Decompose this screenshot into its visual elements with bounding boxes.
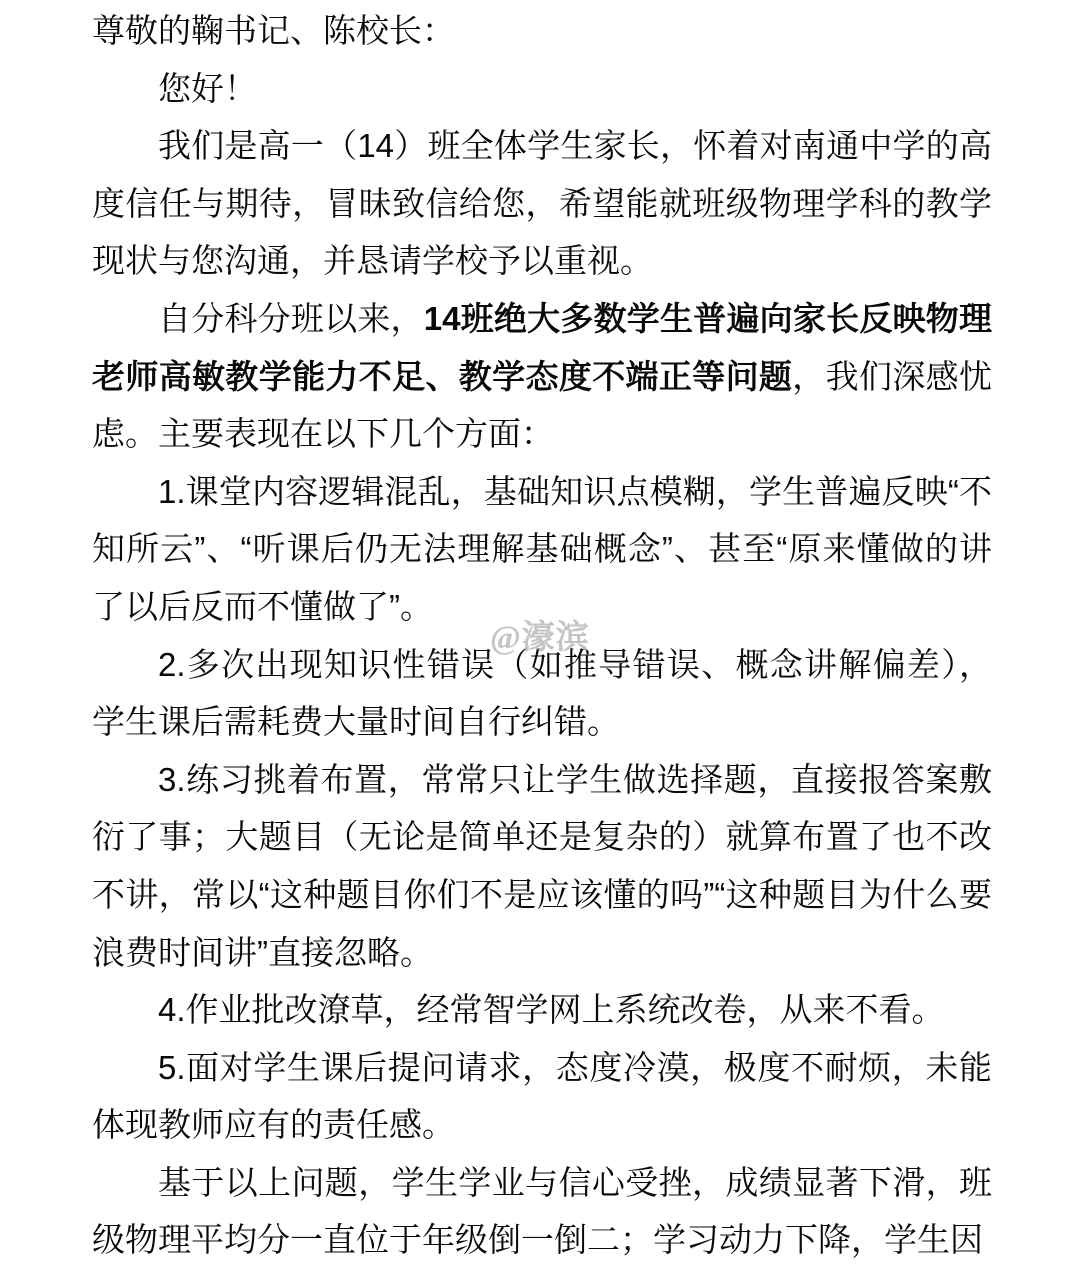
issue-item-1: 1.课堂内容逻辑混乱，基础知识点模糊，学生普遍反映“不知所云”、“听课后仍无法理… <box>92 463 992 636</box>
text-run: 您好！ <box>158 70 257 107</box>
letter-document: 尊敬的鞠书记、陈校长： 您好！ 我们是高一（14）班全体学生家长，怀着对南通中学… <box>0 0 1082 1284</box>
problem-summary-paragraph: 自分科分班以来，14班绝大多数学生普遍向家长反映物理老师高敏教学能力不足、教学态… <box>92 290 992 463</box>
issue-item-3: 3.练习挑着布置，常常只让学生做选择题，直接报答案敷衍了事；大题目（无论是简单还… <box>92 751 992 981</box>
salutation-line: 尊敬的鞠书记、陈校长： <box>92 2 992 60</box>
text-run: 基于以上问题，学生学业与信心受挫，成绩显著下滑，班级物理平均分一直位于年级倒一倒… <box>92 1164 992 1259</box>
text-run: 5.面对学生课后提问请求，态度冷漠，极度不耐烦，未能体现教师应有的责任感。 <box>92 1049 992 1144</box>
text-run: 3.练习挑着布置，常常只让学生做选择题，直接报答案敷衍了事；大题目（无论是简单还… <box>92 761 992 971</box>
text-run: 我们是高一（14）班全体学生家长，怀着对南通中学的高度信任与期待，冒昧致信给您，… <box>92 127 992 279</box>
text-run: 尊敬的鞠书记、陈校长： <box>92 12 455 49</box>
text-run: 4.作业批改潦草，经常智学网上系统改卷，从来不看。 <box>158 991 945 1028</box>
greeting-line: 您好！ <box>92 60 992 118</box>
text-run: 自分科分班以来， <box>158 300 424 337</box>
intro-paragraph: 我们是高一（14）班全体学生家长，怀着对南通中学的高度信任与期待，冒昧致信给您，… <box>92 117 992 290</box>
issue-item-4: 4.作业批改潦草，经常智学网上系统改卷，从来不看。 <box>92 981 992 1039</box>
text-run: 1.课堂内容逻辑混乱，基础知识点模糊，学生普遍反映“不知所云”、“听课后仍无法理… <box>92 473 992 625</box>
issue-item-2: 2.多次出现知识性错误（如推导错误、概念讲解偏差），学生课后需耗费大量时间自行纠… <box>92 636 992 751</box>
text-run: 2.多次出现知识性错误（如推导错误、概念讲解偏差），学生课后需耗费大量时间自行纠… <box>92 646 992 741</box>
issue-item-5: 5.面对学生课后提问请求，态度冷漠，极度不耐烦，未能体现教师应有的责任感。 <box>92 1039 992 1154</box>
impact-paragraph: 基于以上问题，学生学业与信心受挫，成绩显著下滑，班级物理平均分一直位于年级倒一倒… <box>92 1154 992 1269</box>
